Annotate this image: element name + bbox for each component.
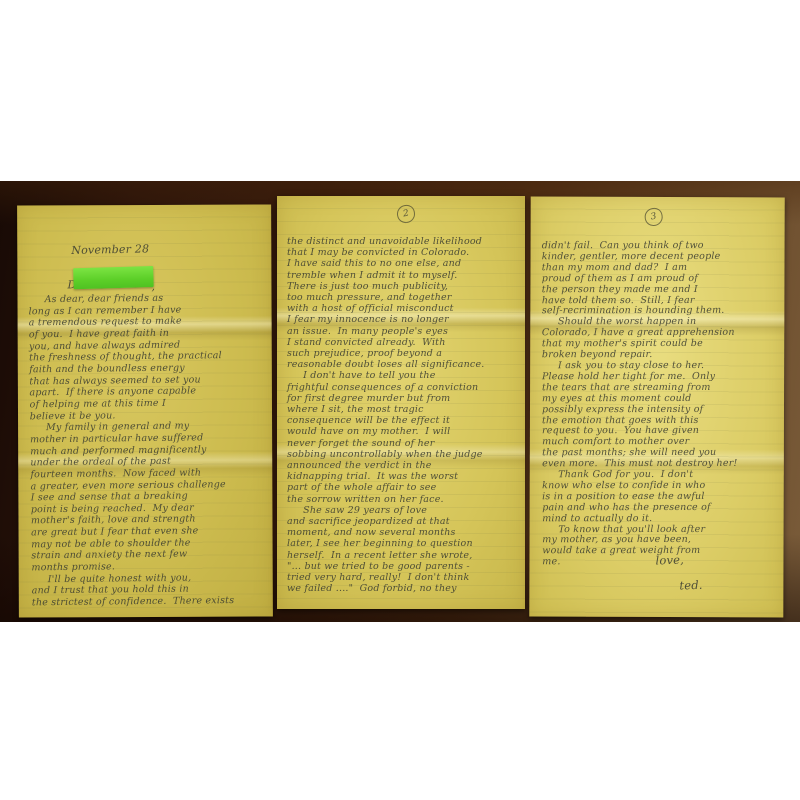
page-3-body-text: didn't fail. Can you think of two kinder…: [542, 241, 781, 569]
page-2-body-text: the distinct and unavoidable likelihood …: [287, 236, 521, 595]
letter-signature: ted.: [679, 578, 703, 593]
letter-date: November 28: [71, 242, 149, 257]
page-3-number: 3: [643, 207, 664, 228]
redaction-tape: [73, 266, 154, 289]
letter-page-1: November 28 Dear , As dear, dear friends…: [17, 204, 273, 617]
letter-page-2: 2 the distinct and unavoidable likelihoo…: [277, 196, 525, 609]
letter-photograph: November 28 Dear , As dear, dear friends…: [0, 181, 800, 622]
letter-closing: love,: [655, 553, 684, 568]
page-2-number: 2: [396, 204, 417, 225]
page-1-body-text: As dear, dear friends as long as I can r…: [28, 292, 268, 609]
letter-page-3: 3 didn't fail. Can you think of two kind…: [529, 197, 784, 618]
